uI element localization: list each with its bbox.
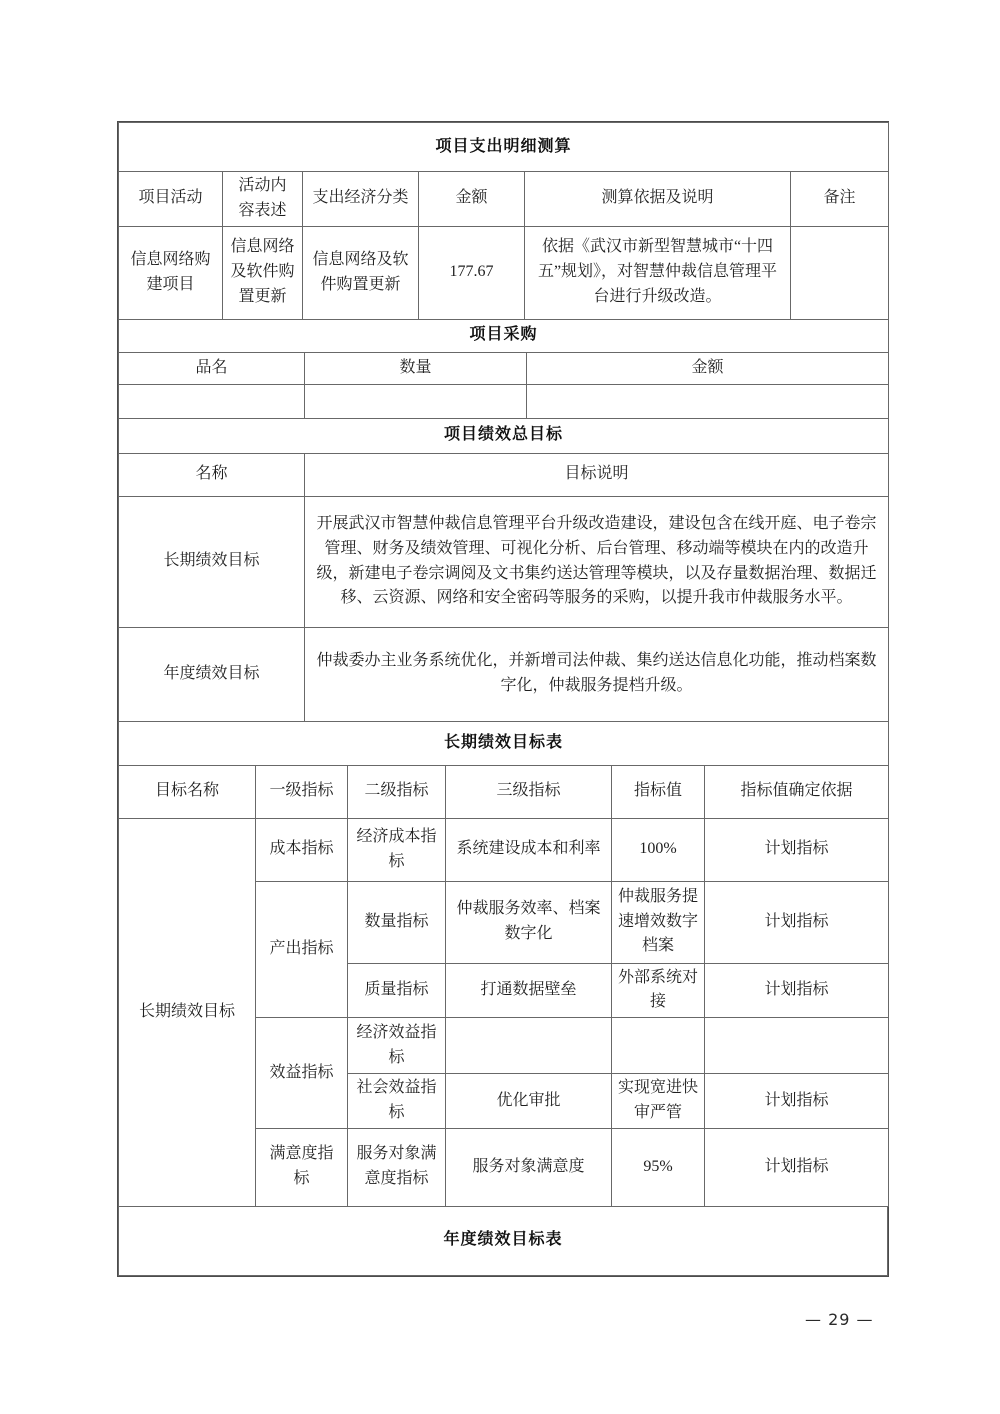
cell-amount: 177.67 (419, 226, 525, 319)
header-item-name: 品名 (119, 352, 305, 384)
cell-basis-plan-5: 计划指标 (705, 1128, 889, 1206)
cell-value-100: 100% (612, 818, 705, 881)
cell-annual-goal-name: 年度绩效目标 (119, 627, 305, 721)
cell-economic-cost-indicator: 经济成本指标 (348, 818, 446, 881)
header-level3-indicator: 三级指标 (446, 765, 612, 818)
header-calculation-basis: 测算依据及说明 (525, 172, 791, 227)
expenditure-title: 项目支出明细测算 (119, 123, 889, 172)
cell-quantity (305, 384, 527, 418)
cell-social-benefit-indicator: 社会效益指标 (348, 1074, 446, 1129)
cell-item-name (119, 384, 305, 418)
longterm-table-title: 长期绩效目标表 (119, 721, 889, 765)
header-activity-content: 活动内容表述 (223, 172, 303, 227)
header-proc-amount: 金额 (527, 352, 889, 384)
document-page: 项目支出明细测算 项目活动 活动内容表述 支出经济分类 金额 测算依据及说明 备… (0, 0, 1000, 1414)
page-number: — 29 — (805, 1310, 874, 1329)
header-goal-description: 目标说明 (305, 453, 889, 496)
cell-economic-benefit-indicator: 经济效益指标 (348, 1018, 446, 1074)
header-level1-indicator: 一级指标 (256, 765, 348, 818)
annual-table-title: 年度绩效目标表 (119, 1206, 888, 1275)
annual-indicator-table: 年度绩效目标表 (118, 1206, 888, 1276)
header-expense-category: 支出经济分类 (303, 172, 419, 227)
cell-quantity-indicator: 数量指标 (348, 881, 446, 963)
header-remarks: 备注 (791, 172, 889, 227)
cell-basis-plan-3: 计划指标 (705, 963, 889, 1018)
cell-value-95: 95% (612, 1128, 705, 1206)
cell-value-supervision: 实现宽进快审严管 (612, 1074, 705, 1129)
cell-longterm-goal-description: 开展武汉市智慧仲裁信息管理平台升级改造建设，建设包含在线开庭、电子卷宗管理、财务… (305, 496, 889, 627)
cell-annual-goal-description: 仲裁委办主业务系统优化，并新增司法仲裁、集约送达信息化功能，推动档案数字化，仲裁… (305, 627, 889, 721)
cell-value-speedup: 仲裁服务提速增效数字档案 (612, 881, 705, 963)
cell-cost-indicator: 成本指标 (256, 818, 348, 881)
cell-value-external-system: 外部系统对接 (612, 963, 705, 1018)
header-amount: 金额 (419, 172, 525, 227)
cell-goal-name: 长期绩效目标 (119, 818, 256, 1206)
header-quantity: 数量 (305, 352, 527, 384)
expenditure-table: 项目支出明细测算 项目活动 活动内容表述 支出经济分类 金额 测算依据及说明 备… (118, 122, 889, 320)
cell-service-satisfaction: 服务对象满意度 (446, 1128, 612, 1206)
budget-document-table: 项目支出明细测算 项目活动 活动内容表述 支出经济分类 金额 测算依据及说明 备… (118, 122, 888, 1276)
cell-output-indicator: 产出指标 (256, 881, 348, 1018)
cell-activity-content: 信息网络及软件购置更新 (223, 226, 303, 319)
longterm-indicator-table: 长期绩效目标表 目标名称 一级指标 二级指标 三级指标 指标值 指标值确定依据 … (118, 721, 889, 1207)
procurement-title: 项目采购 (119, 319, 889, 352)
cell-empty-value (612, 1018, 705, 1074)
cell-project-activity: 信息网络购建项目 (119, 226, 223, 319)
cell-proc-amount (527, 384, 889, 418)
header-goal-title: 目标名称 (119, 765, 256, 818)
procurement-table: 项目采购 品名 数量 金额 (118, 319, 889, 419)
overall-goal-table: 项目绩效总目标 名称 目标说明 长期绩效目标 开展武汉市智慧仲裁信息管理平台升级… (118, 418, 889, 722)
cell-quality-indicator: 质量指标 (348, 963, 446, 1018)
cell-satisfaction-indicator: 满意度指标 (256, 1128, 348, 1206)
cell-basis-plan-1: 计划指标 (705, 818, 889, 881)
cell-arbitration-efficiency: 仲裁服务效率、档案数字化 (446, 881, 612, 963)
cell-expense-category: 信息网络及软件购置更新 (303, 226, 419, 319)
header-indicator-value: 指标值 (612, 765, 705, 818)
header-value-basis: 指标值确定依据 (705, 765, 889, 818)
cell-empty-basis (705, 1018, 889, 1074)
cell-optimize-approval: 优化审批 (446, 1074, 612, 1129)
cell-empty-level3 (446, 1018, 612, 1074)
overall-goal-title: 项目绩效总目标 (119, 418, 889, 453)
cell-benefit-indicator: 效益指标 (256, 1018, 348, 1129)
header-goal-name: 名称 (119, 453, 305, 496)
cell-calculation-basis: 依据《武汉市新型智慧城市“十四五”规划》，对智慧仲裁信息管理平台进行升级改造。 (525, 226, 791, 319)
header-level2-indicator: 二级指标 (348, 765, 446, 818)
cell-service-satisfaction-indicator: 服务对象满意度指标 (348, 1128, 446, 1206)
cell-basis-plan-2: 计划指标 (705, 881, 889, 963)
cell-remarks (791, 226, 889, 319)
header-project-activity: 项目活动 (119, 172, 223, 227)
cell-data-barrier: 打通数据壁垒 (446, 963, 612, 1018)
cell-basis-plan-4: 计划指标 (705, 1074, 889, 1129)
cell-longterm-goal-name: 长期绩效目标 (119, 496, 305, 627)
cell-system-cost: 系统建设成本和利率 (446, 818, 612, 881)
